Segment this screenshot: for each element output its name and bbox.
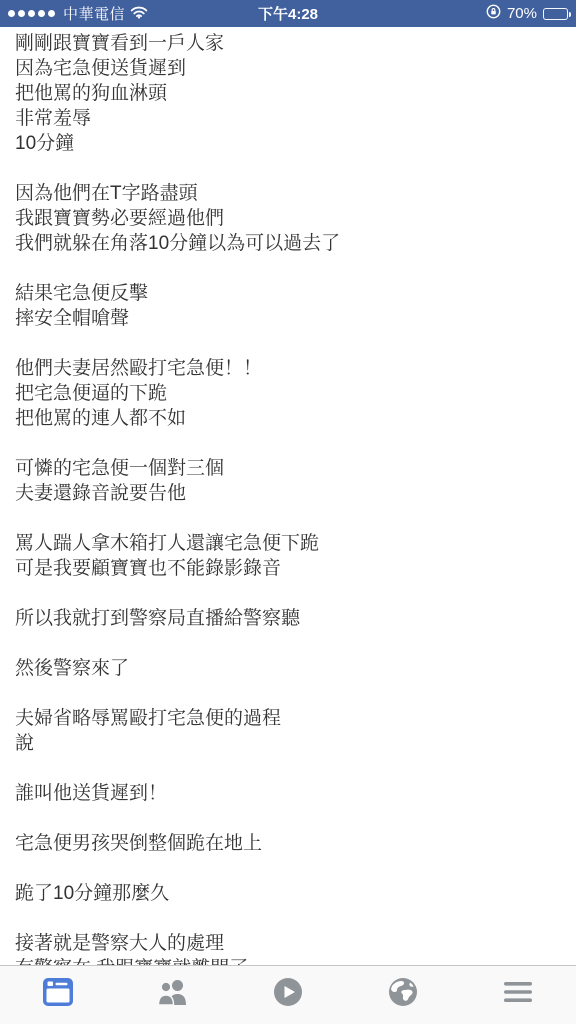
- tab-friends[interactable]: [115, 966, 230, 1024]
- post-paragraph: 因為他們在T字路盡頭 我跟寶寶勢必要經過他們 我們就躲在角落10分鐘以為可以過去…: [15, 181, 561, 256]
- post-body: 剛剛跟寶寶看到一戶人家 因為宅急便送貨遲到 把他罵的狗血淋頭 非常羞辱 10分鐘…: [0, 27, 576, 965]
- status-bar: 中華電信 下午4:28 70%: [0, 0, 576, 27]
- wifi-icon: [130, 5, 148, 23]
- hamburger-menu-icon: [502, 980, 534, 1004]
- post-paragraph: 罵人踹人拿木箱打人還讓宅急便下跪 可是我要顧寶寶也不能錄影錄音: [15, 531, 561, 581]
- post-paragraph: 結果宅急便反擊 摔安全帽嗆聲: [15, 281, 561, 331]
- post-paragraph: 夫婦省略辱罵毆打宅急便的過程 說: [15, 706, 561, 756]
- battery-percent: 70%: [507, 5, 537, 22]
- post-paragraph: 所以我就打到警察局直播給警察聽: [15, 606, 561, 631]
- post-paragraph: 宅急便男孩哭倒整個跪在地上: [15, 831, 561, 856]
- battery-icon: [543, 8, 568, 20]
- post-paragraph: 跪了10分鐘那麼久: [15, 881, 561, 906]
- tab-video[interactable]: [230, 966, 345, 1024]
- post-paragraph: 可憐的宅急便一個對三個 夫妻還錄音說要告他: [15, 456, 561, 506]
- carrier-label: 中華電信: [63, 3, 125, 24]
- status-bar-left: 中華電信: [8, 3, 148, 24]
- post-paragraph: 接著就是警察大人的處理 有警察在 我跟寶寶就離開了: [15, 931, 561, 965]
- globe-icon: [388, 977, 418, 1007]
- cell-signal-icon: [8, 10, 55, 17]
- phone-screen: 中華電信 下午4:28 70%: [0, 0, 576, 1024]
- post-paragraph: 然後警察來了: [15, 656, 561, 681]
- post-paragraph: 誰叫他送貨遲到！: [15, 781, 561, 806]
- tab-bar: [0, 965, 576, 1024]
- post-paragraph: 他們夫妻居然毆打宅急便！！ 把宅急便逼的下跪 把他罵的連人都不如: [15, 356, 561, 431]
- status-bar-right: 70%: [486, 4, 568, 23]
- orientation-lock-icon: [486, 4, 501, 23]
- tab-news-feed[interactable]: [0, 966, 115, 1024]
- friends-icon: [156, 978, 190, 1006]
- post-paragraph: 剛剛跟寶寶看到一戶人家 因為宅急便送貨遲到 把他罵的狗血淋頭 非常羞辱 10分鐘: [15, 31, 561, 156]
- tab-notifications[interactable]: [346, 966, 461, 1024]
- tab-menu[interactable]: [461, 966, 576, 1024]
- news-feed-icon: [42, 977, 74, 1007]
- video-play-icon: [273, 977, 303, 1007]
